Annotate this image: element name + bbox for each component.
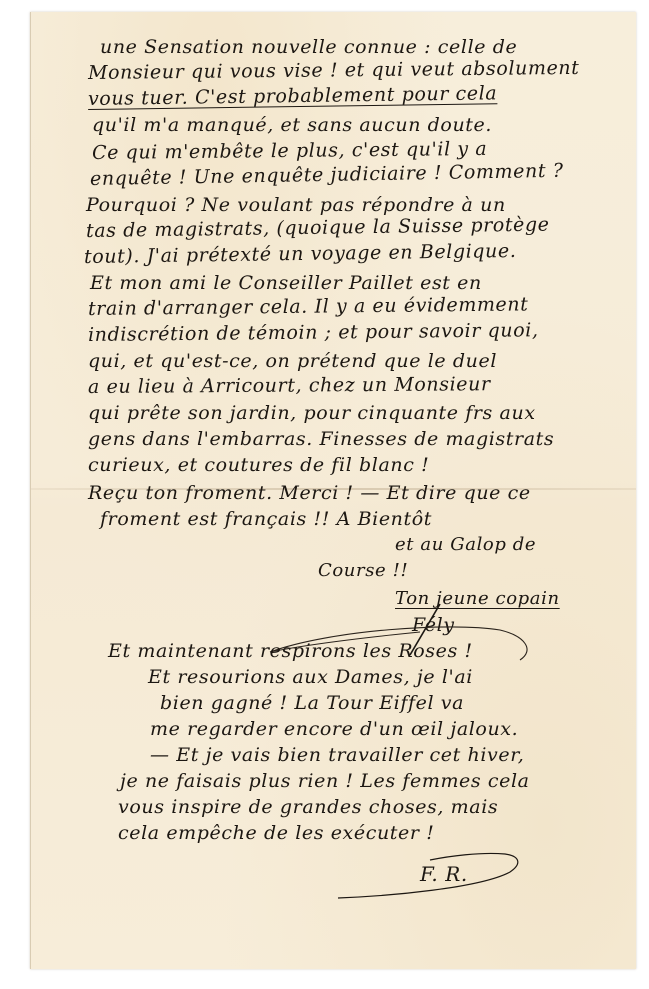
letter-line: qui prête son jardin, pour cinquante frs…	[88, 402, 536, 424]
letter-line: Pourquoi ? Ne voulant pas répondre à un	[86, 194, 506, 216]
letter-line: curieux, et coutures de fil blanc !	[88, 454, 429, 476]
letter-line: indiscrétion de témoin ; et pour savoir …	[88, 319, 539, 346]
letter-line: froment est français !! A Bientôt	[100, 508, 432, 530]
letter-line: a eu lieu à Arricourt, chez un Monsieur	[88, 373, 491, 398]
letter-line: qui, et qu'est-ce, on prétend que le due…	[88, 350, 497, 372]
postscript-line: bien gagné ! La Tour Eiffel va	[160, 692, 464, 714]
letter-line: gens dans l'embarras. Finesses de magist…	[88, 428, 554, 450]
postscript-line: Et maintenant respirons les Roses !	[108, 640, 473, 662]
postscript-line: je ne faisais plus rien ! Les femmes cel…	[120, 770, 530, 792]
closing-line: et au Galop de	[395, 534, 536, 555]
letter-line: train d'arranger cela. Il y a eu évidemm…	[88, 293, 529, 320]
postscript-line: me regarder encore d'un œil jaloux.	[150, 718, 518, 740]
letter-line: une Sensation nouvelle connue : celle de	[100, 36, 517, 58]
postscript-line: vous inspire de grandes choses, mais	[118, 796, 498, 818]
letter-line: qu'il m'a manqué, et sans aucun doute.	[92, 114, 492, 136]
postscript-line: Et resourions aux Dames, je l'ai	[148, 666, 473, 688]
letter-line: Reçu ton froment. Merci ! — Et dire que …	[88, 482, 531, 504]
postscript-line: — Et je vais bien travailler cet hiver,	[150, 744, 524, 766]
letter-line: Et mon ami le Conseiller Paillet est en	[90, 272, 482, 294]
closing-line: Course !!	[318, 560, 408, 581]
initials-flourish-icon	[330, 850, 530, 910]
postscript-line: cela empêche de les exécuter !	[118, 822, 434, 844]
letter-line: Ce qui m'embête le plus, c'est qu'il y a	[92, 138, 487, 164]
